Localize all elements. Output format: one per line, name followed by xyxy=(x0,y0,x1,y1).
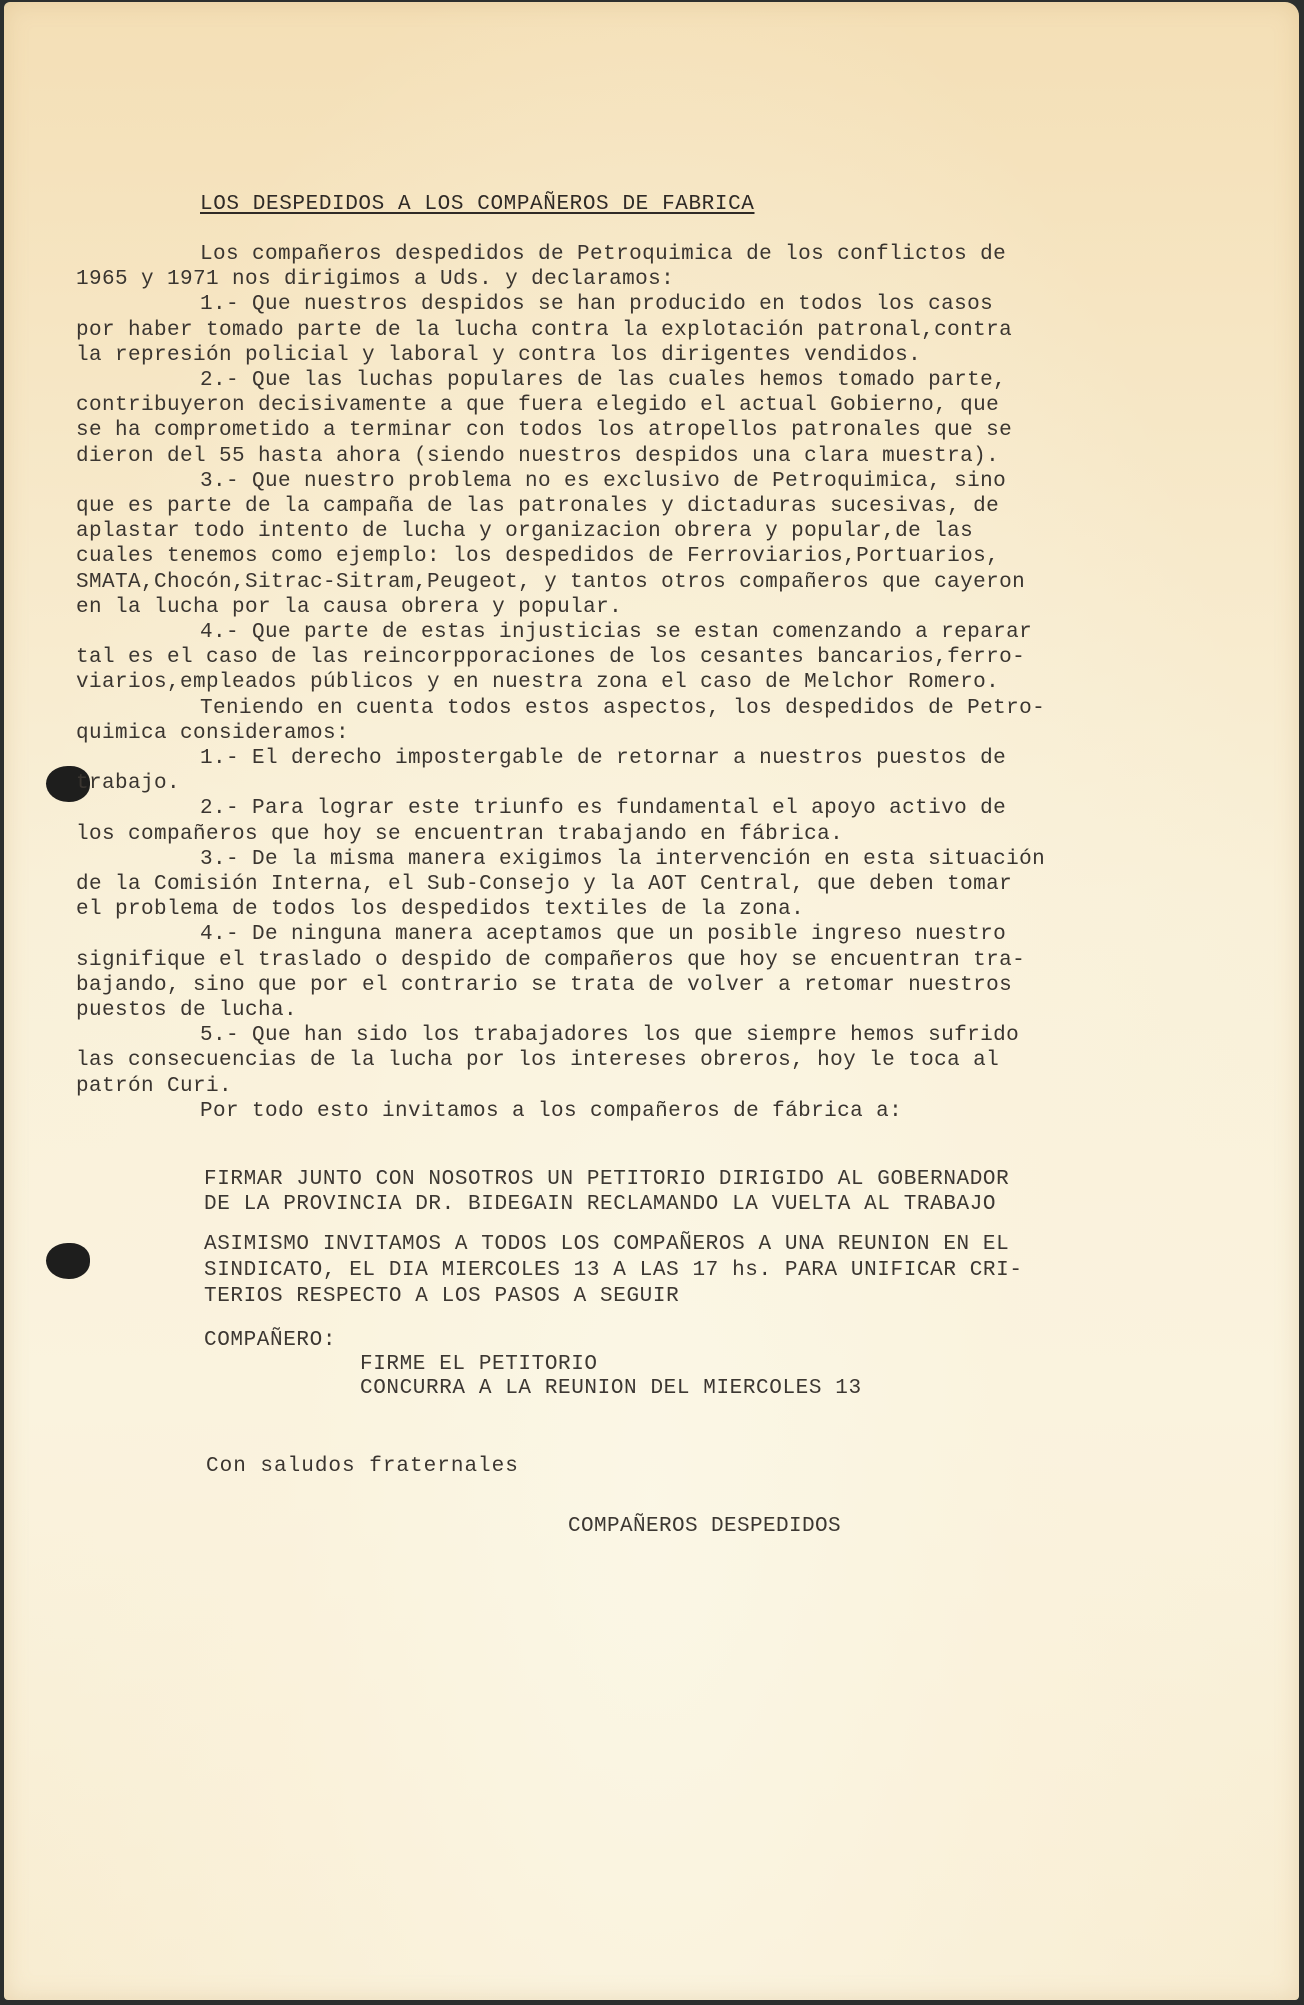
body-line: puestos de lucha. xyxy=(76,998,297,1023)
call-heading: COMPAÑERO: xyxy=(204,1328,336,1353)
document-page: LOS DESPEDIDOS A LOS COMPAÑEROS DE FABRI… xyxy=(4,2,1299,2000)
punch-hole-bottom xyxy=(46,1243,90,1279)
meeting-line: SINDICATO, EL DIA MIERCOLES 13 A LAS 17 … xyxy=(204,1258,1023,1283)
signature: COMPAÑEROS DESPEDIDOS xyxy=(568,1514,841,1539)
body-line: 5.- Que han sido los trabajadores los qu… xyxy=(200,1023,1019,1048)
call-item: FIRME EL PETITORIO xyxy=(360,1352,598,1377)
body-line: 2.- Que las luchas populares de las cual… xyxy=(200,368,1006,393)
body-line: trabajo. xyxy=(76,771,180,796)
body-line: los compañeros que hoy se encuentran tra… xyxy=(76,822,843,847)
body-line: signifique el traslado o despido de comp… xyxy=(76,948,1025,973)
call-item: CONCURRA A LA REUNION DEL MIERCOLES 13 xyxy=(360,1376,862,1401)
body-line: tal es el caso de las reincorpporaciones… xyxy=(76,645,1025,670)
body-line: de la Comisión Interna, el Sub-Consejo y… xyxy=(76,872,1012,897)
meeting-line: TERIOS RESPECTO A LOS PASOS A SEGUIR xyxy=(204,1284,679,1309)
body-line: en la lucha por la causa obrera y popula… xyxy=(76,595,622,620)
body-line: 4.- Que parte de estas injusticias se es… xyxy=(200,620,1032,645)
document-title: LOS DESPEDIDOS A LOS COMPAÑEROS DE FABRI… xyxy=(200,192,755,217)
body-line: quimica consideramos: xyxy=(76,721,349,746)
closing-salutation: Con saludos fraternales xyxy=(206,1454,519,1479)
body-line: 1965 y 1971 nos dirigimos a Uds. y decla… xyxy=(76,267,674,292)
body-line: contribuyeron decisivamente a que fuera … xyxy=(76,393,999,418)
petition-line: DE LA PROVINCIA DR. BIDEGAIN RECLAMANDO … xyxy=(204,1192,996,1217)
body-line: dieron del 55 hasta ahora (siendo nuestr… xyxy=(76,444,999,469)
body-line: patrón Curi. xyxy=(76,1074,232,1099)
body-line: 1.- El derecho impostergable de retornar… xyxy=(200,746,1006,771)
body-line: el problema de todos los despedidos text… xyxy=(76,897,804,922)
meeting-line: ASIMISMO INVITAMOS A TODOS LOS COMPAÑERO… xyxy=(204,1232,1009,1257)
body-line: 2.- Para lograr este triunfo es fundamen… xyxy=(200,796,1006,821)
body-line: las consecuencias de la lucha por los in… xyxy=(76,1048,999,1073)
body-line: SMATA,Chocón,Sitrac-Sitram,Peugeot, y ta… xyxy=(76,570,1025,595)
body-line: por haber tomado parte de la lucha contr… xyxy=(76,318,1012,343)
body-line: Por todo esto invitamos a los compañeros… xyxy=(200,1099,902,1124)
body-line: Teniendo en cuenta todos estos aspectos,… xyxy=(200,696,1045,721)
body-line: aplastar todo intento de lucha y organiz… xyxy=(76,519,973,544)
body-line: cuales tenemos como ejemplo: los despedi… xyxy=(76,544,999,569)
body-line: 3.- Que nuestro problema no es exclusivo… xyxy=(200,469,1006,494)
body-line: la represión policial y laboral y contra… xyxy=(76,343,921,368)
petition-line: FIRMAR JUNTO CON NOSOTROS UN PETITORIO D… xyxy=(204,1167,1009,1192)
body-line: viarios,empleados públicos y en nuestra … xyxy=(76,670,999,695)
body-line: se ha comprometido a terminar con todos … xyxy=(76,418,1012,443)
body-line: 1.- Que nuestros despidos se han produci… xyxy=(200,292,993,317)
body-line: 3.- De la misma manera exigimos la inter… xyxy=(200,847,1045,872)
body-line: 4.- De ninguna manera aceptamos que un p… xyxy=(200,922,1006,947)
body-line: Los compañeros despedidos de Petroquimic… xyxy=(200,242,1006,267)
body-line: que es parte de la campaña de las patron… xyxy=(76,494,999,519)
body-line: bajando, sino que por el contrario se tr… xyxy=(76,973,1012,998)
